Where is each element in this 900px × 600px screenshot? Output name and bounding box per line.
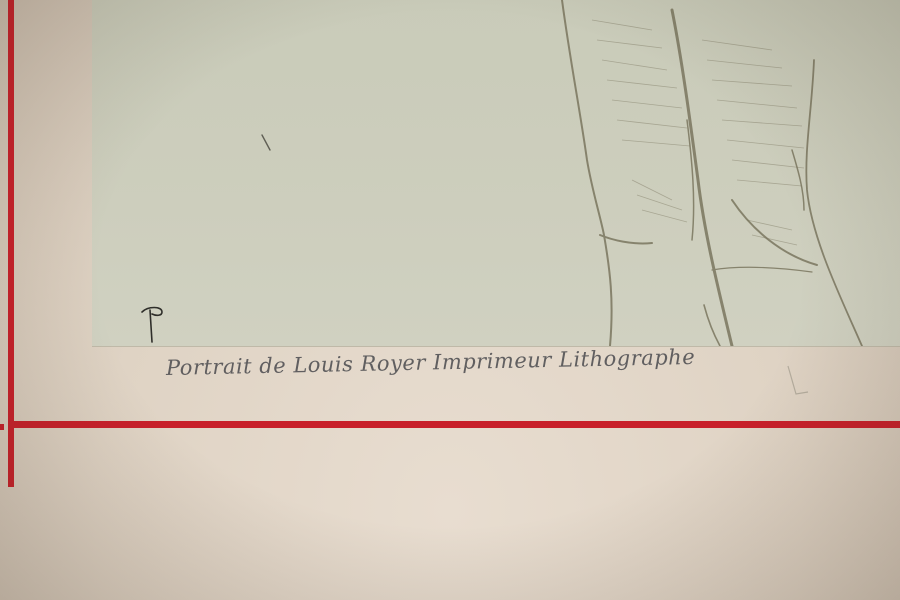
- faint-erased-mark: [782, 360, 842, 400]
- lithograph-plate: [92, 0, 900, 346]
- artist-monogram: [138, 304, 168, 344]
- red-horizontal-rule: [14, 421, 900, 428]
- red-vertical-rule: [8, 0, 14, 487]
- figure-sketch: [92, 0, 900, 346]
- red-rule-tick: [0, 424, 4, 430]
